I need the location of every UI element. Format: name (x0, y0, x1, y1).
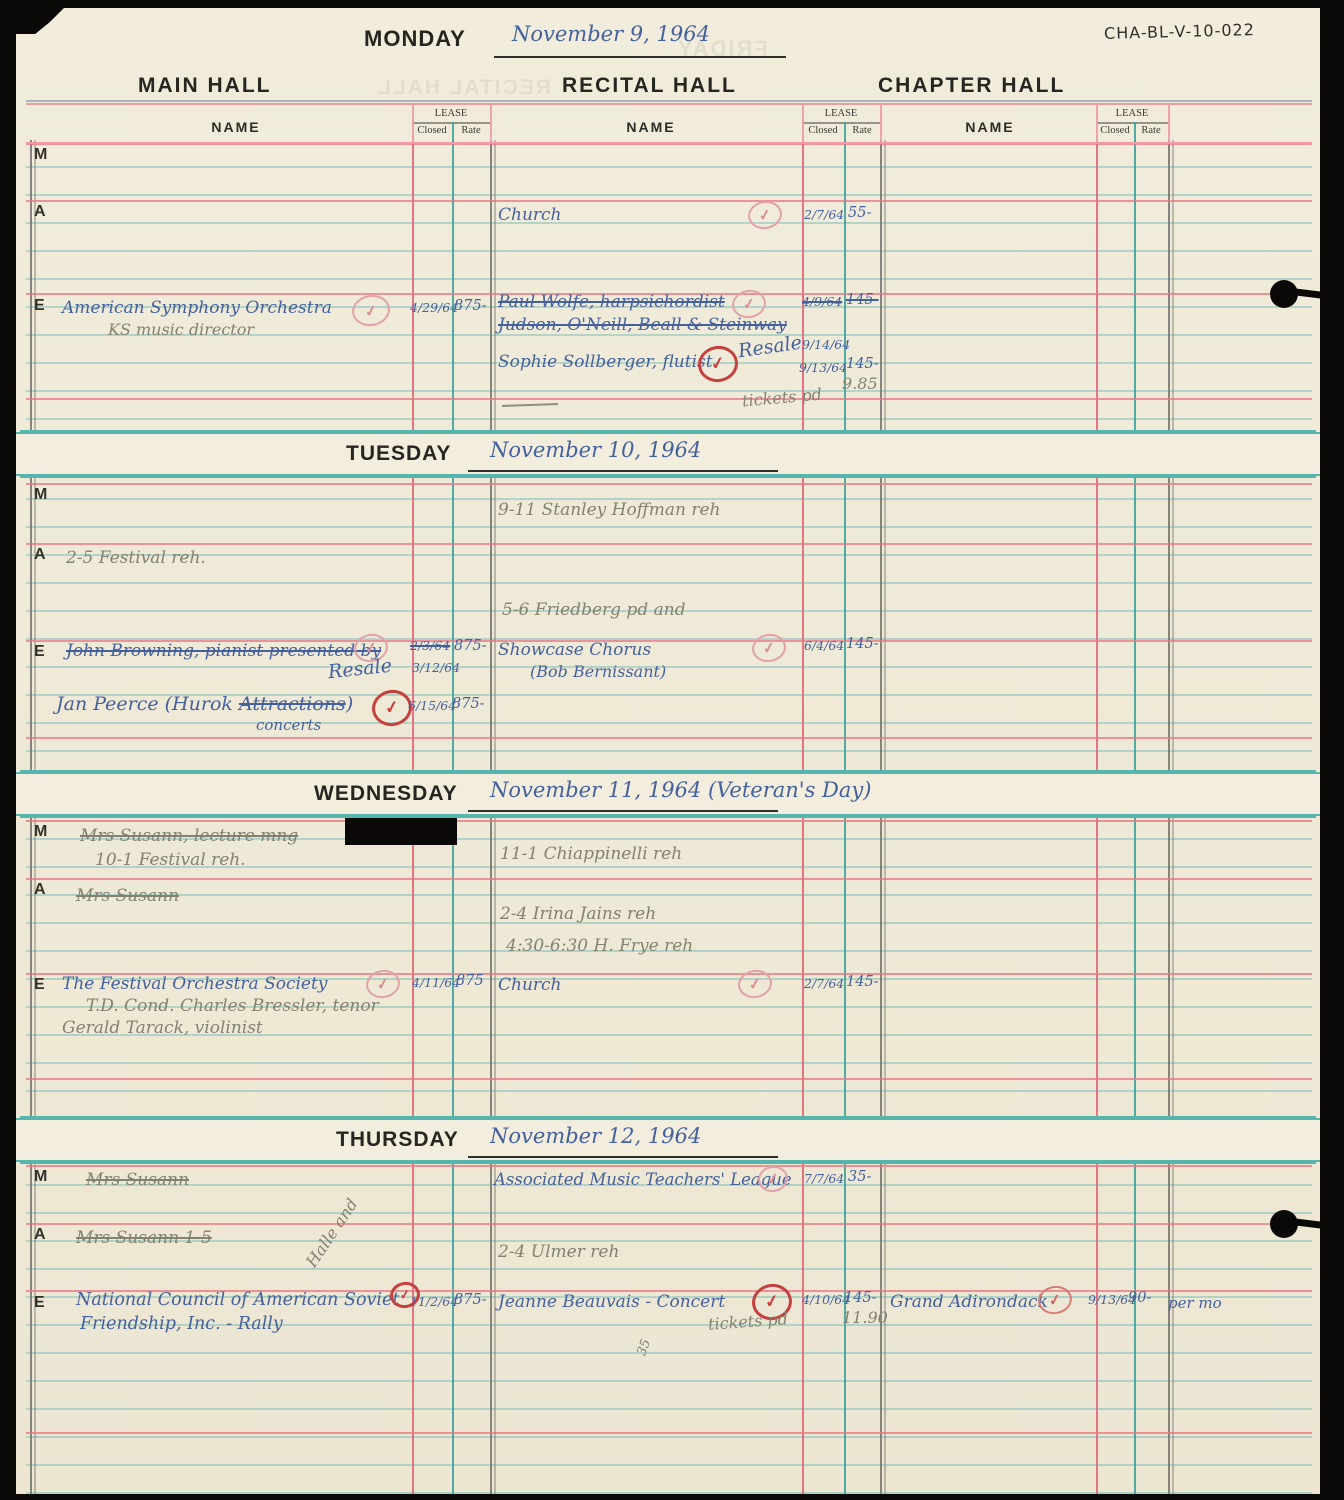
row-label-e: E (34, 297, 45, 315)
ticket-price: 11.90 (842, 1308, 888, 1327)
grid-vline (412, 1158, 414, 1494)
table-header-band: NAME NAME NAME LEASE Closed Rate LEASE C… (26, 103, 1312, 144)
grid-vline (490, 472, 492, 772)
grid-vline (844, 812, 846, 1118)
entry-susann-struck: Mrs Susann (86, 1170, 189, 1190)
row-label-m: M (34, 146, 47, 164)
grid-vline (412, 140, 414, 432)
col-header-rate-chapter: Rate (1134, 125, 1168, 136)
wednesday-band: WEDNESDAY November 11, 1964 (Veteran's D… (16, 772, 1320, 816)
lease-closed-date: 11/2/64 (410, 1294, 458, 1309)
lease-closed-date: 9/14/64 (802, 337, 850, 352)
grid-vline (1096, 140, 1098, 432)
col-header-lease-main: LEASE (412, 108, 490, 119)
entry-wolfe-struck: Paul Wolfe, harpsichordist (498, 292, 725, 312)
entry-national-council: National Council of American Soviet (76, 1290, 399, 1310)
lease-closed-date-struck: 2/3/64 (410, 638, 450, 653)
entry-american-symphony: American Symphony Orchestra (62, 298, 332, 318)
day-label-monday: MONDAY (364, 26, 466, 52)
grid-vline (1096, 472, 1098, 772)
grid-vline (452, 140, 454, 432)
lease-divider-recital (802, 122, 880, 124)
lease-closed-date: 3/12/64 (412, 660, 460, 675)
monday-grid (26, 140, 1312, 432)
grid-vline (880, 812, 882, 1118)
grid-vline (802, 812, 804, 1118)
row-rule (26, 820, 1312, 822)
row-rule (26, 737, 1312, 739)
date-thursday: November 12, 1964 (490, 1124, 701, 1148)
lease-closed-date: 6/4/64 (804, 638, 844, 653)
lease-rate: 55- (848, 205, 871, 221)
grid-vline (1168, 812, 1170, 1118)
grid-vline (802, 1158, 804, 1494)
lease-closed-date: 4/11/64 (412, 975, 460, 990)
scan-corner-artifact (16, 8, 64, 34)
grid-vline (1168, 472, 1170, 772)
entry-peerce: Jan Peerce (Hurok Attractions) (56, 693, 353, 715)
entry-sollberger: Sophie Sollberger, flutist (498, 352, 713, 372)
grid-vline (452, 472, 454, 772)
lease-rate: 875- (454, 638, 487, 654)
col-header-rate-recital: Rate (844, 125, 880, 136)
row-label-a: A (34, 1226, 46, 1244)
entry-national-council-line2: Friendship, Inc. - Rally (80, 1314, 283, 1334)
entry-browning-struck: John Browning, pianist presented by (66, 641, 381, 661)
row-rule (26, 1223, 1312, 1225)
entry-grand-adirondack: Grand Adirondack (890, 1292, 1048, 1312)
entry-chiappinelli-reh: 11-1 Chiappinelli reh (500, 844, 682, 864)
entry-festival-orchestra-society: The Festival Orchestra Society (62, 974, 327, 994)
grid-vline (1096, 812, 1098, 1118)
row-label-e: E (34, 643, 45, 661)
entry-beauvais: Jeanne Beauvais - Concert (498, 1292, 725, 1312)
date-wednesday: November 11, 1964 (Veteran's Day) (490, 778, 871, 802)
grid-vline (412, 812, 414, 1118)
header-vline (412, 105, 414, 142)
entry-wolfe-mgmt-struck: Judson, O'Neill, Beall & Steinway (498, 315, 787, 335)
lease-rate: 875- (452, 696, 485, 712)
grid-vline (880, 472, 882, 772)
hall-title-main: MAIN HALL (138, 74, 271, 98)
date-underline-tuesday: November 10, 1964 (468, 436, 778, 472)
col-header-closed-chapter: Closed (1096, 125, 1134, 136)
row-rule (26, 200, 1312, 202)
grid-vline (844, 472, 846, 772)
scanned-ledger-photo: { "meta": { "catalog_number": "CHA-BL-V-… (0, 0, 1344, 1500)
grid-vline (880, 140, 882, 432)
grid-vline (1168, 140, 1170, 432)
header-vline (1134, 122, 1136, 142)
entry-society-line3: Gerald Tarack, violinist (62, 1018, 263, 1038)
date-underline-thursday: November 12, 1964 (468, 1122, 778, 1158)
col-header-closed-main: Closed (412, 125, 452, 136)
tuesday-band: TUESDAY November 10, 1964 (16, 432, 1320, 476)
day-label-tuesday: TUESDAY (346, 442, 451, 466)
lease-closed-date: 2/7/64 (804, 976, 844, 991)
header-blue-rule (26, 100, 1312, 102)
lease-rate: 145- (846, 356, 879, 372)
entry-festival-reh-wed: 10-1 Festival reh. (95, 850, 246, 870)
row-label-a: A (34, 203, 46, 221)
row-rule (26, 483, 1312, 485)
grid-vline (30, 472, 32, 772)
bleedthrough-recital-hall: RECITAL HALL (376, 76, 551, 100)
col-header-lease-recital: LEASE (802, 108, 880, 119)
lease-rate: 145- (846, 636, 879, 652)
col-header-rate-main: Rate (452, 125, 490, 136)
lease-closed-date: 4/10/64 (802, 1292, 850, 1307)
header-vline (1096, 105, 1098, 142)
lease-closed-date: 2/7/64 (804, 207, 844, 222)
row-rule (26, 878, 1312, 880)
entry-ulmer-reh: 2-4 Ulmer reh (498, 1242, 619, 1262)
grid-vline (1096, 1158, 1098, 1494)
header-vline (802, 105, 804, 142)
lease-closed-date: 6/15/64 (408, 698, 456, 713)
entry-susann-struck: Mrs Susann 1-5 (76, 1228, 212, 1248)
col-header-lease-chapter: LEASE (1096, 108, 1168, 119)
header-vline (844, 122, 846, 142)
thursday-band: THURSDAY November 12, 1964 (16, 1118, 1320, 1162)
row-label-a: A (34, 546, 46, 564)
lease-closed-date: 4/29/64 (410, 300, 458, 315)
grid-vline (30, 1158, 32, 1494)
redaction-box (345, 818, 457, 845)
grid-vline (490, 140, 492, 432)
grid-vline (1134, 812, 1136, 1118)
row-label-m: M (34, 1168, 47, 1186)
lease-closed-date: 9/13/64 (799, 360, 847, 375)
ledger-page: FRIDAY RECITAL HALL SATURDAY CHA-BL-V-10… (16, 8, 1320, 1494)
entry-peerce-sub: concerts (256, 716, 321, 734)
date-tuesday: November 10, 1964 (490, 438, 701, 462)
grid-vline (1134, 1158, 1136, 1494)
peerce-struck-word: Attractions (239, 693, 346, 715)
grid-vline (452, 812, 454, 1118)
lease-divider-main (412, 122, 490, 124)
entry-jains-reh: 2-4 Irina Jains reh (500, 904, 656, 924)
col-header-name-main: NAME (86, 119, 386, 135)
lease-closed-date: 7/7/64 (804, 1171, 844, 1186)
lease-rate-struck: 145- (846, 292, 879, 308)
row-rule (26, 1078, 1312, 1080)
lease-rate: 875 (456, 973, 484, 989)
date-underline-wednesday: November 11, 1964 (Veteran's Day) (468, 776, 778, 812)
grid-vline (1134, 472, 1136, 772)
entry-church-wed: Church (498, 975, 562, 995)
lease-rate: 145- (844, 1290, 877, 1306)
row-label-e: E (34, 976, 45, 994)
entry-american-symphony-sub: KS music director (108, 320, 254, 339)
entry-frye-reh: 4:30-6:30 H. Frye reh (506, 936, 693, 956)
lease-divider-chapter (1096, 122, 1168, 124)
entry-susann-struck: Mrs Susann (76, 886, 179, 906)
entry-music-teachers-league: Associated Music Teachers' League (494, 1170, 792, 1189)
grid-vline (30, 812, 32, 1118)
grid-vline (802, 472, 804, 772)
col-header-name-chapter: NAME (890, 119, 1090, 135)
row-label-m: M (34, 486, 47, 504)
row-label-e: E (34, 1294, 45, 1312)
row-rule (26, 1432, 1312, 1434)
lease-closed-date-struck: 4/9/64 (802, 294, 842, 309)
row-rule (26, 398, 1312, 400)
entry-showcase-chorus: Showcase Chorus (498, 640, 651, 660)
grid-vline (1168, 1158, 1170, 1494)
lease-rate: 875- (454, 1292, 487, 1308)
row-label-m: M (34, 823, 47, 841)
header-vline (1168, 105, 1170, 142)
entry-church: Church (498, 205, 562, 225)
catalog-number: CHA-BL-V-10-022 (1104, 20, 1255, 43)
grid-vline (490, 1158, 492, 1494)
date-monday: November 9, 1964 (512, 22, 710, 46)
header-vline (452, 122, 454, 142)
per-month-note: per mo (1168, 1294, 1222, 1312)
header-vline (880, 105, 882, 142)
grid-vline (1134, 140, 1136, 432)
peerce-post: ) (346, 693, 353, 715)
row-label-a: A (34, 881, 46, 899)
day-label-thursday: THURSDAY (336, 1128, 459, 1152)
row-rule (26, 1165, 1312, 1167)
entry-susann-struck: Mrs Susann, lecture mng (80, 826, 298, 846)
lease-rate: 145- (846, 974, 879, 990)
entry-showcase-sub: (Bob Bernissant) (530, 662, 666, 681)
hall-title-recital: RECITAL HALL (562, 74, 737, 98)
lease-rate: 90- (1128, 1290, 1151, 1306)
entry-hoffman-reh: 9-11 Stanley Hoffman reh (498, 500, 721, 520)
col-header-name-recital: NAME (501, 119, 801, 135)
day-label-wednesday: WEDNESDAY (314, 782, 458, 806)
entry-friedberg: 5-6 Friedberg pd and (502, 600, 686, 620)
header-vline (490, 105, 492, 142)
lease-rate: 875- (454, 298, 487, 314)
entry-festival-reh: 2-5 Festival reh. (66, 548, 206, 568)
entry-society-line2: T.D. Cond. Charles Bressler, tenor (86, 996, 379, 1016)
grid-vline (490, 812, 492, 1118)
peerce-pre: Jan Peerce (Hurok (56, 693, 239, 715)
hall-title-chapter: CHAPTER HALL (878, 74, 1065, 98)
row-rule (26, 543, 1312, 545)
ticket-price: 9.85 (842, 374, 878, 393)
grid-vline (452, 1158, 454, 1494)
grid-vline (30, 140, 32, 432)
col-header-closed-recital: Closed (802, 125, 844, 136)
grid-vline (412, 472, 414, 772)
lease-rate: 35- (848, 1169, 871, 1185)
